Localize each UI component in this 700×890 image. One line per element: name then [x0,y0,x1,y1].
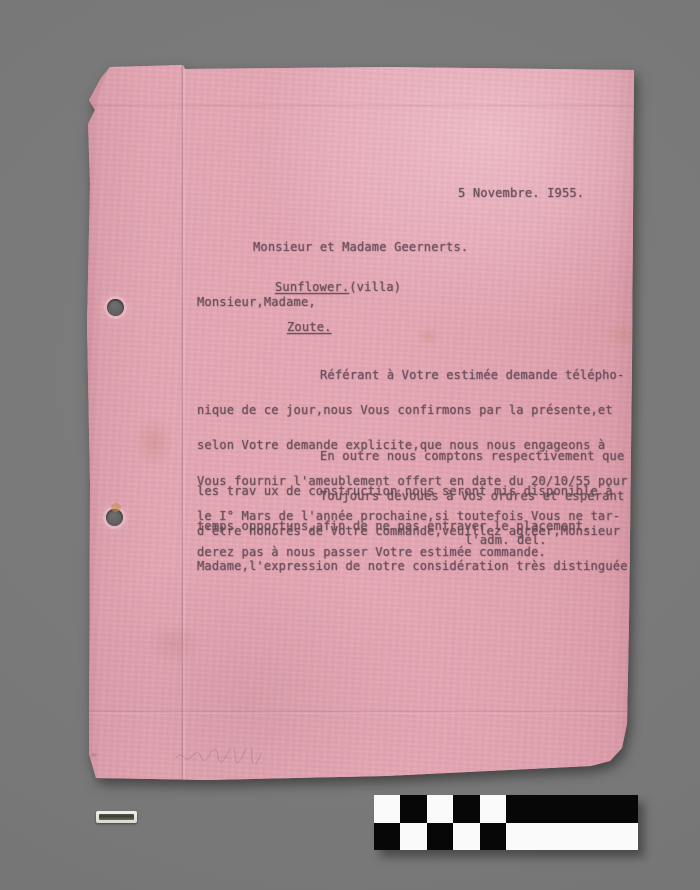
letter-line: Référant à Votre estimée demande télépho… [197,370,628,382]
scale-long-bar [506,823,638,851]
torn-corner [87,65,121,123]
punch-hole-top [107,299,124,316]
letter-line: Madame,l'expression de notre considérati… [197,561,635,573]
letter-paper-wrap: 5 Novembre. I955. Monsieur et Madame Gee… [86,64,635,788]
scale-square [480,823,506,851]
scale-square [400,823,426,851]
scale-long-bar [506,795,638,823]
scale-square [427,823,453,851]
villa-suffix: (villa) [349,280,401,294]
villa-name-underlined: Sunflower. [275,280,349,294]
city-underlined: Zoute. [287,320,332,334]
scale-tab-object [96,811,137,823]
scale-square [453,795,479,823]
scale-square [427,795,453,823]
photo-background: 5 Novembre. I955. Monsieur et Madame Gee… [0,0,700,890]
recipient-villa: Sunflower.(villa) [275,282,468,294]
letter-line: Toujours dévoués à Vos ordres et espéran… [197,491,635,503]
horizontal-crease-top [86,104,635,107]
recipient-address: Monsieur et Madame Geernerts. Sunflower.… [253,218,468,358]
photogrammetric-scale-bar [374,795,638,850]
punch-hole-bottom [106,509,123,526]
letter-line: d'être honorés de Votre commande,veuille… [197,526,635,538]
scale-square [374,823,400,851]
stain [606,322,640,348]
scale-square [453,823,479,851]
salutation: Monsieur,Madame, [197,297,316,309]
scale-square [480,795,506,823]
recipient-name: Monsieur et Madame Geernerts. [253,242,468,254]
scale-square [400,795,426,823]
paragraph-3: Toujours dévoués à Vos ordres et espéran… [197,467,635,597]
letter-date: 5 Novembre. I955. [458,188,584,200]
scale-square [374,795,400,823]
pencil-inscription [172,748,272,764]
recipient-city: Zoute. [287,322,468,334]
signature-line: l'adm. dél. [465,535,547,547]
vertical-fold-crease [181,64,185,788]
letter-line: nique de ce jour,nous Vous confirmons pa… [197,405,628,417]
stain [146,624,202,664]
letter-line: En outre nous comptons respectivement qu… [197,451,624,463]
pencil-mark [90,752,98,758]
letter-paper: 5 Novembre. I955. Monsieur et Madame Gee… [86,64,635,788]
scale-bar-top-row [374,795,638,823]
stain [134,416,174,468]
scale-bar-bottom-row [374,823,638,851]
horizontal-crease-bottom [86,710,635,714]
